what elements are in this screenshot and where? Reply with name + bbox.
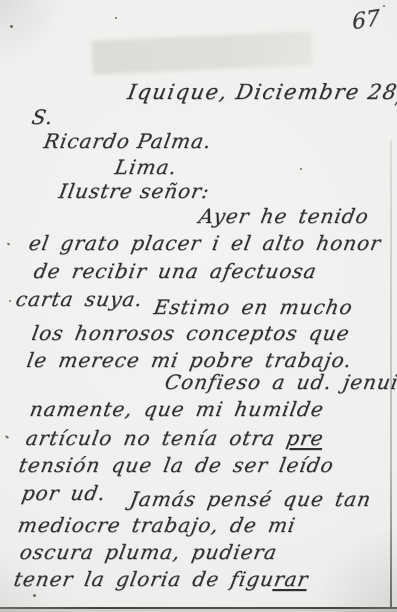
recipient-name: Ricardo Palma. (42, 129, 214, 153)
dateline: Iquique, Diciembre 28/83 (125, 80, 397, 108)
ink-speck (10, 25, 13, 28)
paper-stain (91, 31, 312, 75)
ink-speck (33, 594, 36, 597)
ink-speck (383, 5, 385, 7)
body-line: por ud. (20, 481, 108, 505)
ink-speck (115, 17, 117, 19)
body-line: artículo no tenía otra pre (24, 426, 326, 450)
body-line: oscura pluma, pudiera (18, 540, 279, 564)
ink-speck (7, 242, 11, 245)
ink-speck (300, 168, 302, 170)
body-line: el grato placer i el alto honor (27, 231, 383, 255)
dateline-place: Iquique, (126, 80, 230, 104)
greeting-line: Ilustre señor: (57, 179, 212, 203)
dateline-month: Diciembre (234, 80, 362, 104)
body-line: le merece mi pobre trabajo. (25, 348, 354, 372)
dateline-day: 28 (366, 80, 397, 104)
ink-speck (9, 300, 11, 302)
body-line: Confieso a ud. jenui- (163, 370, 397, 394)
paper-right-edge (390, 140, 392, 607)
salutation-prefix: S. (30, 105, 56, 129)
body-line: Estimo en mucho (152, 295, 355, 319)
body-line: los honrosos conceptos que (30, 321, 352, 345)
body-line: tensión que la de ser leído (17, 453, 336, 477)
letter-scan-page: 67 Iquique, Diciembre 28/83 S. Ricardo P… (0, 0, 397, 612)
recipient-city: Lima. (113, 155, 179, 179)
body-line: de recibir una afectuosa (32, 259, 319, 283)
body-line: mediocre trabajo, de mi (16, 513, 298, 537)
body-line: Ayer he tenido (197, 204, 371, 228)
ink-speck (5, 435, 9, 439)
body-line: carta suya. (14, 287, 145, 311)
body-line: namente, que mi humilde (28, 397, 326, 421)
page-number: 67 (352, 6, 381, 35)
body-line: tener la gloria de figurar (12, 567, 310, 591)
body-line: Jamás pensé que tan (128, 487, 373, 511)
